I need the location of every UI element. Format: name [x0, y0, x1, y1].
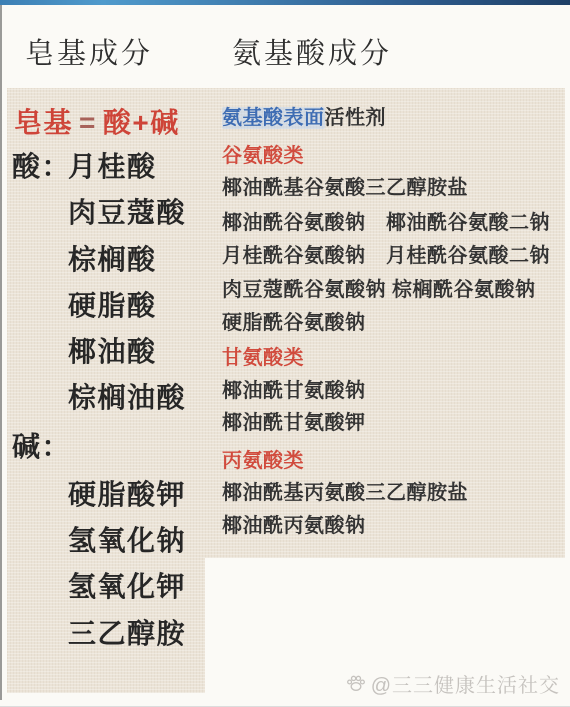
- acid-item: 椰油酸: [68, 335, 157, 369]
- ingredient-line: 月桂酰谷氨酸钠 月桂酰谷氨酸二钠: [222, 243, 550, 269]
- acid-item: 肉豆蔻酸: [68, 196, 186, 230]
- formula-equals: =: [79, 107, 97, 138]
- formula-result: 酸+碱: [103, 107, 180, 138]
- acid-item: 棕榈油酸: [68, 381, 186, 415]
- ingredient-line: 椰油酰基丙氨酸三乙醇胺盐: [222, 480, 468, 506]
- acid-item: 棕榈酸: [68, 243, 157, 277]
- acid-label: 酸：: [12, 151, 71, 182]
- alkali-item: 氢氧化钾: [68, 570, 186, 604]
- group-label-alaninate: 丙氨酸类: [222, 448, 304, 474]
- ingredient-line: 椰油酰丙氨酸钠: [222, 513, 366, 539]
- formula-term: 皂基: [14, 107, 73, 138]
- acid-item: 月桂酸: [68, 150, 157, 184]
- acid-row: 酸： 月桂酸: [12, 150, 71, 184]
- ingredient-line: 椰油酰甘氨酸钾: [222, 410, 366, 436]
- group-label-glycinate: 甘氨酸类: [222, 345, 304, 371]
- amino-title-line: 氨基酸表面活性剂: [222, 105, 386, 131]
- ingredient-line: 椰油酰甘氨酸钠: [222, 378, 366, 404]
- amino-title-highlight: 氨基酸表面: [222, 107, 325, 129]
- acid-item: 硬脂酸: [68, 289, 157, 323]
- soap-formula: 皂基=酸+碱: [14, 106, 180, 140]
- ingredient-line: 椰油酰基谷氨酸三乙醇胺盐: [222, 175, 468, 201]
- alkali-label: 碱：: [12, 430, 71, 464]
- paw-icon: [346, 673, 366, 693]
- ingredient-line: 肉豆蔻酰谷氨酸钠 棕榈酰谷氨酸钠: [222, 277, 536, 303]
- column-title-amino: 氨基酸成分: [232, 31, 392, 72]
- soap-panel: 皂基=酸+碱 酸： 月桂酸 肉豆蔻酸 棕榈酸 硬脂酸 椰油酸 棕榈油酸 碱： 硬…: [7, 88, 205, 693]
- watermark: @三三健康生活社交: [346, 670, 560, 696]
- amino-title-rest: 活性剂: [325, 107, 387, 129]
- alkali-item: 三乙醇胺: [68, 617, 186, 651]
- amino-panel: 氨基酸表面活性剂 谷氨酸类 椰油酰基谷氨酸三乙醇胺盐 椰油酰谷氨酸钠 椰油酰谷氨…: [205, 88, 565, 558]
- group-label-glutamate: 谷氨酸类: [222, 143, 304, 169]
- column-title-soap: 皂基成分: [25, 31, 153, 72]
- alkali-item: 硬脂酸钾: [68, 478, 186, 512]
- infographic: 皂基成分 氨基酸成分 皂基=酸+碱 酸： 月桂酸 肉豆蔻酸 棕榈酸 硬脂酸 椰油…: [0, 0, 570, 707]
- alkali-item: 氢氧化钠: [68, 524, 186, 558]
- watermark-text: @三三健康生活社交: [371, 669, 560, 698]
- top-accent-bar: [0, 0, 570, 5]
- ingredient-line: 椰油酰谷氨酸钠 椰油酰谷氨酸二钠: [222, 210, 550, 236]
- ingredient-line: 硬脂酰谷氨酸钠: [222, 310, 366, 336]
- left-edge-line: [0, 5, 2, 700]
